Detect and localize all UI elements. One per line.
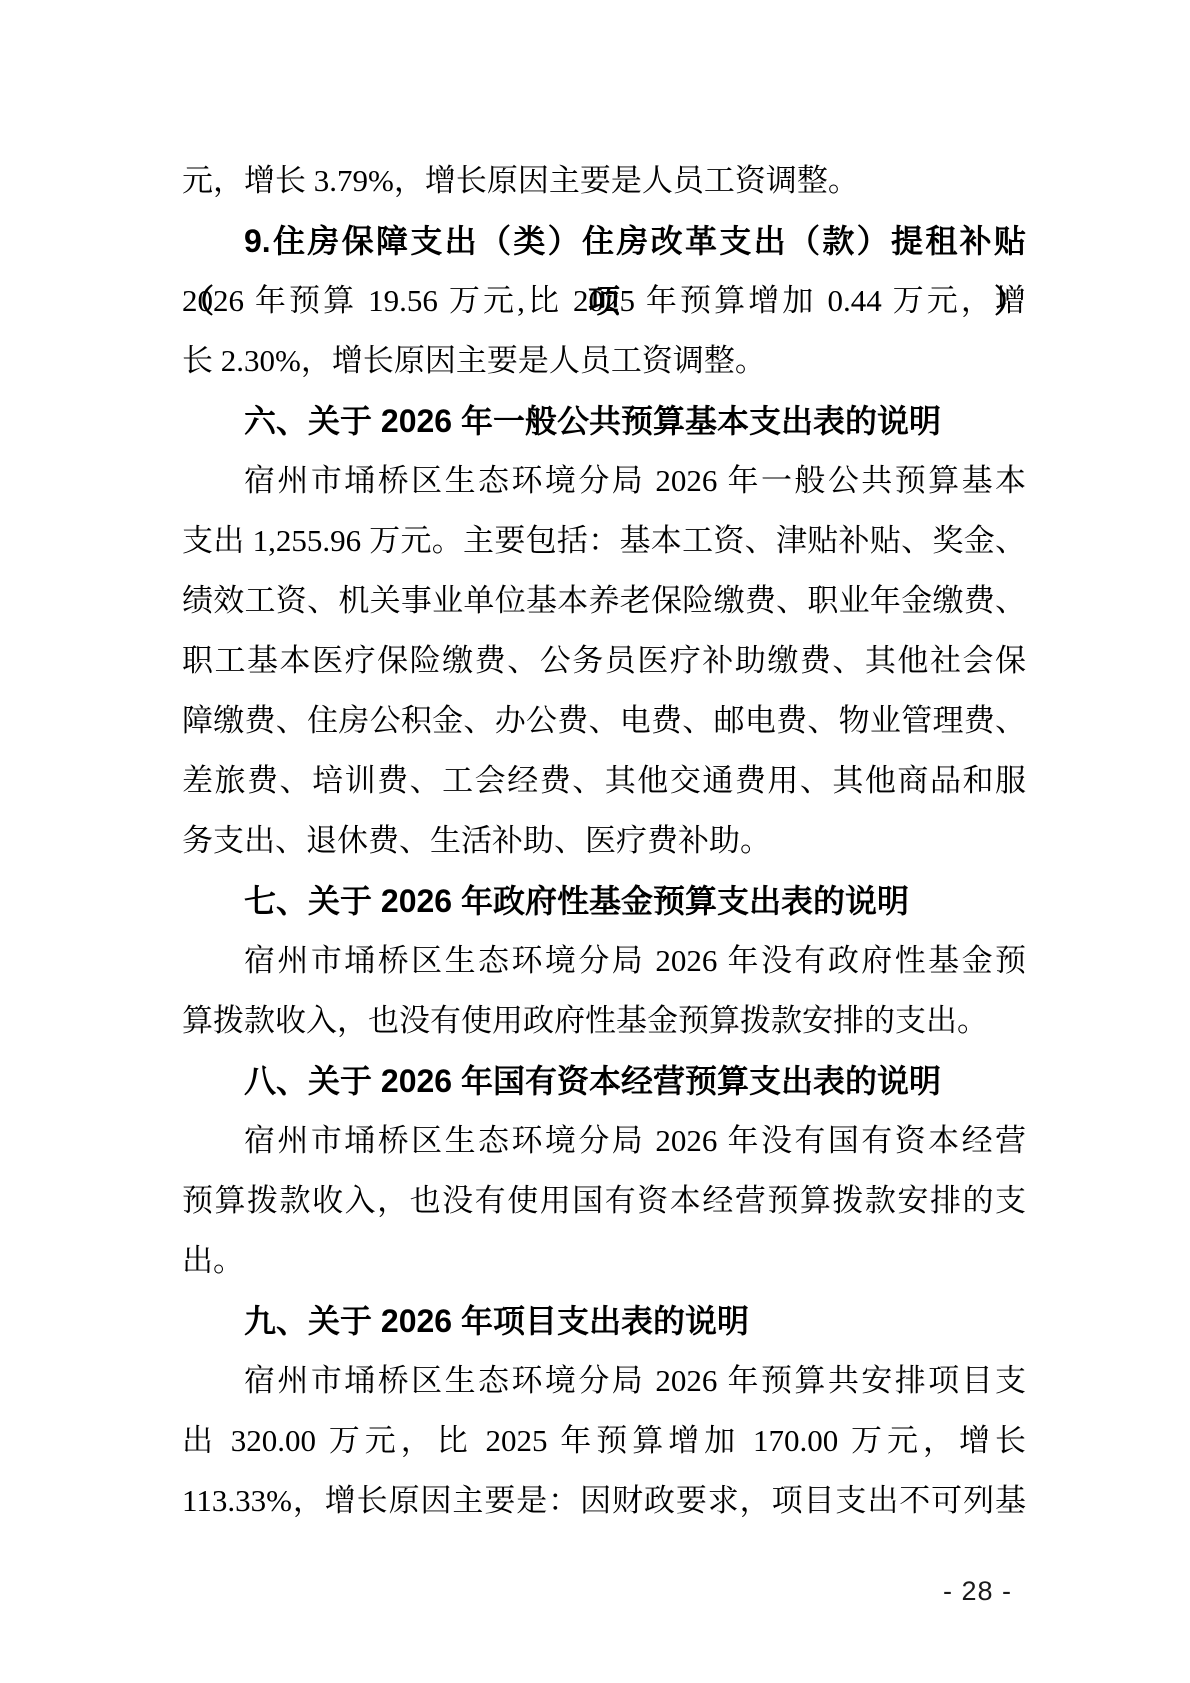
section7-heading: 七、关于 2026 年政府性基金预算支出表的说明 xyxy=(182,871,1026,931)
section7-body-line: 宿州市埇桥区生态环境分局 2026 年没有政府性基金预 xyxy=(182,931,1026,991)
section9-body-line: 出 320.00 万元，比 2025 年预算增加 170.00 万元，增长 xyxy=(182,1411,1026,1471)
section6-body-line: 障缴费、住房公积金、办公费、电费、邮电费、物业管理费、 xyxy=(182,691,1026,751)
section6-body-line: 支出 1,255.96 万元。主要包括：基本工资、津贴补贴、奖金、 xyxy=(182,511,1026,571)
section6-body-line: 差旅费、培训费、工会经费、其他交通费用、其他商品和服 xyxy=(182,751,1026,811)
section8-body-line: 宿州市埇桥区生态环境分局 2026 年没有国有资本经营 xyxy=(182,1111,1026,1171)
section8-body-line: 出。 xyxy=(182,1231,1026,1291)
document-body: 元，增长 3.79%，增长原因主要是人员工资调整。 9.住房保障支出（类）住房改… xyxy=(182,151,1026,1531)
section8-body-line: 预算拨款收入，也没有使用国有资本经营预算拨款安排的支 xyxy=(182,1171,1026,1231)
section9-heading: 九、关于 2026 年项目支出表的说明 xyxy=(182,1291,1026,1351)
section8-heading: 八、关于 2026 年国有资本经营预算支出表的说明 xyxy=(182,1051,1026,1111)
item9-body-line: 长 2.30%，增长原因主要是人员工资调整。 xyxy=(182,331,1026,391)
section6-body-line: 务支出、退休费、生活补助、医疗费补助。 xyxy=(182,811,1026,871)
section9-body-line: 113.33%，增长原因主要是：因财政要求，项目支出不可列基 xyxy=(182,1471,1026,1531)
item9-heading-line: 9.住房保障支出（类）住房改革支出（款）提租补贴（项） xyxy=(182,211,1026,271)
section6-body-line: 职工基本医疗保险缴费、公务员医疗补助缴费、其他社会保 xyxy=(182,631,1026,691)
document-page: 元，增长 3.79%，增长原因主要是人员工资调整。 9.住房保障支出（类）住房改… xyxy=(0,0,1190,1683)
section9-body-line: 宿州市埇桥区生态环境分局 2026 年预算共安排项目支 xyxy=(182,1351,1026,1411)
section6-heading: 六、关于 2026 年一般公共预算基本支出表的说明 xyxy=(182,391,1026,451)
section7-body-line: 算拨款收入，也没有使用政府性基金预算拨款安排的支出。 xyxy=(182,991,1026,1051)
paragraph-continuation-line: 元，增长 3.79%，增长原因主要是人员工资调整。 xyxy=(182,151,1026,211)
page-number: - 28 - xyxy=(943,1576,1012,1606)
page-footer: - 28 - xyxy=(943,1576,1012,1607)
section6-body-line: 宿州市埇桥区生态环境分局 2026 年一般公共预算基本 xyxy=(182,451,1026,511)
section6-body-line: 绩效工资、机关事业单位基本养老保险缴费、职业年金缴费、 xyxy=(182,571,1026,631)
item9-body-line: 2026 年预算 19.56 万元,比 2025 年预算增加 0.44 万元，增 xyxy=(182,271,1026,331)
